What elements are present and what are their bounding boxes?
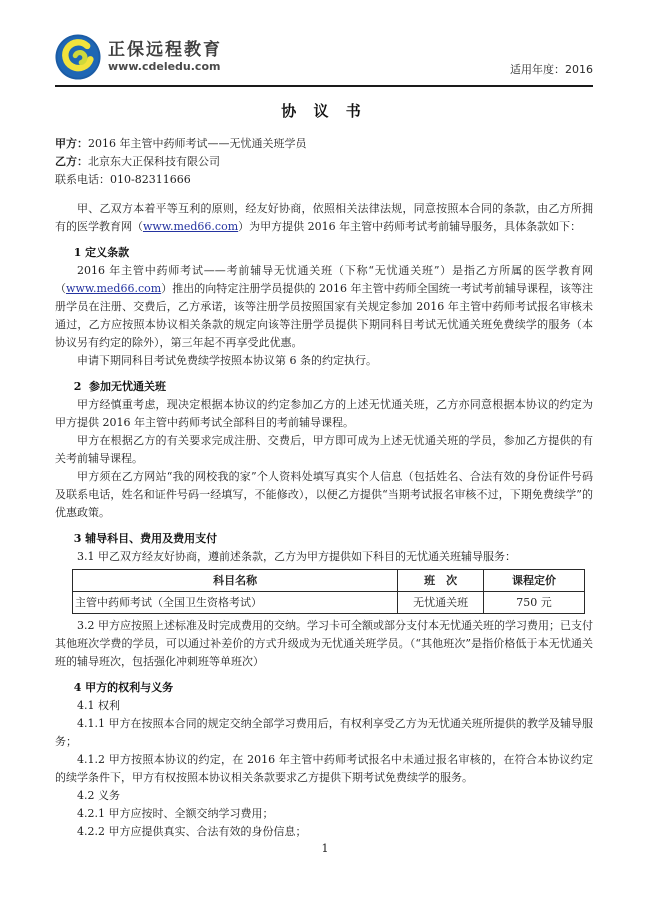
section-4-sub-2: 4.2 义务 <box>55 787 593 805</box>
intro-paragraph: 甲、乙双方本着平等互利的原则，经友好协商，依照相关法律法规，同意按照本合同的条款… <box>55 200 593 236</box>
document-title: 协 议 书 <box>55 102 593 120</box>
section-4-heading: 4 甲方的权利与义务 <box>55 679 593 697</box>
section-3-paragraph-1: 3.1 甲乙双方经友好协商，遵前述条款，乙方为甲方提供如下科目的无忧通关班辅导服… <box>55 548 593 566</box>
brand-url: www.cdeledu.com <box>108 60 222 74</box>
clause-4-2-2: 4.2.2 甲方应提供真实、合法有效的身份信息； <box>55 823 593 841</box>
brand-block: 正保远程教育 www.cdeledu.com <box>55 34 222 80</box>
section-2-heading: 2 参加无忧通关班 <box>55 378 593 396</box>
section-1-paragraph-2: 申请下期同科目考试免费续学按照本协议第 6 条的约定执行。 <box>55 352 593 370</box>
intro-text-after: ）为甲方提供 2016 年主管中药师考试考前辅导服务，具体条款如下： <box>238 220 581 233</box>
party-a-label: 甲方： <box>55 137 88 150</box>
table-cell-subject: 主管中药师考试（全国卫生资格考试） <box>73 592 398 614</box>
section-1-paragraph-1: 2016 年主管中药师考试——考前辅导无忧通关班（下称“无忧通关班”）是指乙方所… <box>55 262 593 352</box>
table-row: 主管中药师考试（全国卫生资格考试） 无忧通关班 750 元 <box>73 592 585 614</box>
party-b-value: 北京东大正保科技有限公司 <box>88 155 220 168</box>
page-header: 正保远程教育 www.cdeledu.com 适用年度：2016 <box>55 34 593 87</box>
clause-4-1-1: 4.1.1 甲方在按照本合同的规定交纳全部学习费用后，有权利享受乙方为无忧通关班… <box>55 715 593 751</box>
med66-link[interactable]: www.med66.com <box>143 220 238 233</box>
clause-4-1-2: 4.1.2 甲方按照本协议的约定，在 2016 年主管中药师考试报名中未通过报名… <box>55 751 593 787</box>
brand-logo-icon <box>55 34 101 80</box>
table-header-price: 课程定价 <box>484 570 585 592</box>
table-header-class: 班 次 <box>398 570 484 592</box>
table-cell-class: 无忧通关班 <box>398 592 484 614</box>
phone-value: 010-82311666 <box>110 173 191 186</box>
section-4-sub-1: 4.1 权利 <box>55 697 593 715</box>
section-2-paragraph-3: 甲方须在乙方网站“我的网校我的家”个人资料处填写真实个人信息（包括姓名、合法有效… <box>55 468 593 522</box>
agreement-page: 正保远程教育 www.cdeledu.com 适用年度：2016 协 议 书 甲… <box>0 0 650 919</box>
phone-label: 联系电话： <box>55 173 110 186</box>
med66-link-2[interactable]: www.med66.com <box>66 282 161 295</box>
party-a-line: 甲方：2016 年主管中药师考试——无忧通关班学员 <box>55 135 593 153</box>
party-b-label: 乙方： <box>55 155 88 168</box>
party-b-line: 乙方：北京东大正保科技有限公司 <box>55 153 593 171</box>
section-3-heading: 3 辅导科目、费用及费用支付 <box>55 530 593 548</box>
table-cell-price: 750 元 <box>484 592 585 614</box>
clause-4-2-1: 4.2.1 甲方应按时、全额交纳学习费用； <box>55 805 593 823</box>
section-2-paragraph-2: 甲方在根据乙方的有关要求完成注册、交费后，甲方即可成为上述无忧通关班的学员，参加… <box>55 432 593 468</box>
section-1-heading: 1 定义条款 <box>55 244 593 262</box>
party-a-value: 2016 年主管中药师考试——无忧通关班学员 <box>88 137 307 150</box>
course-table: 科目名称 班 次 课程定价 主管中药师考试（全国卫生资格考试） 无忧通关班 75… <box>72 569 585 614</box>
page-number: 1 <box>0 840 650 858</box>
brand-text: 正保远程教育 www.cdeledu.com <box>108 40 222 74</box>
table-header-row: 科目名称 班 次 课程定价 <box>73 570 585 592</box>
brand-name: 正保远程教育 <box>108 40 222 60</box>
table-header-subject: 科目名称 <box>73 570 398 592</box>
applicable-year-label: 适用年度：2016 <box>510 61 593 80</box>
phone-line: 联系电话：010-82311666 <box>55 171 593 189</box>
section-3-paragraph-2: 3.2 甲方应按照上述标准及时完成费用的交纳。学习卡可全额或部分支付本无忧通关班… <box>55 617 593 671</box>
section-2-paragraph-1: 甲方经慎重考虑，现决定根据本协议的约定参加乙方的上述无忧通关班，乙方亦同意根据本… <box>55 396 593 432</box>
